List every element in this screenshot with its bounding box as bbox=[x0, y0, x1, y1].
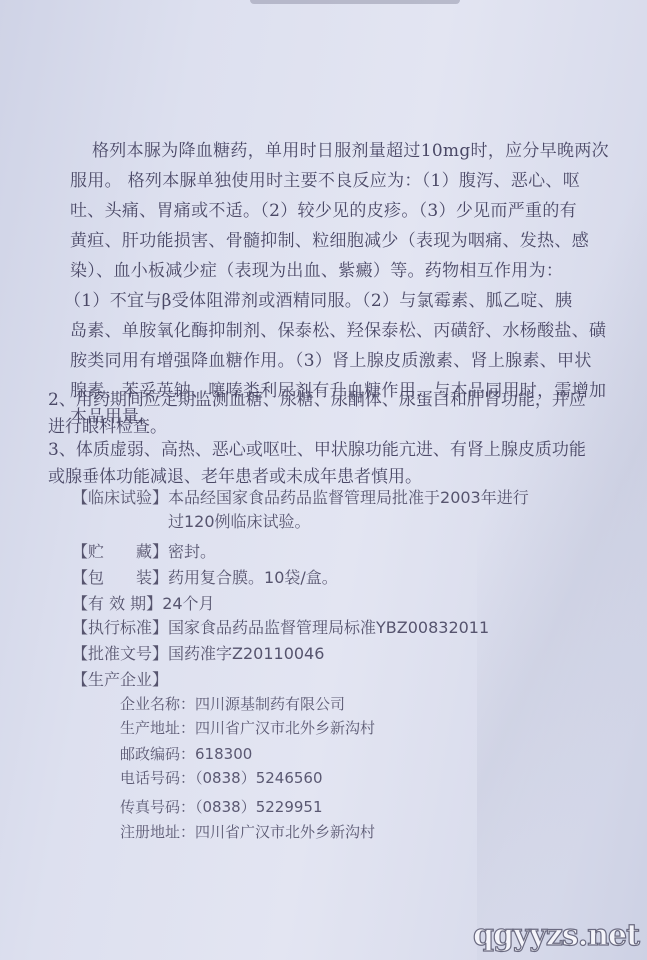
field-label: 【批准文号】 bbox=[72, 644, 168, 664]
company-production-address: 生产地址：四川省广汉市北外乡新沟村 bbox=[120, 718, 375, 738]
company-phone: 电话号码：（0838）5246560 bbox=[120, 768, 323, 788]
field-value: 本品经国家食品药品监督管理局批准于2003年进行 bbox=[168, 488, 529, 507]
field-label: 【贮 藏】 bbox=[72, 542, 168, 562]
field-label: 【临床试验】 bbox=[72, 488, 168, 508]
company-value: 四川省广汉市北外乡新沟村 bbox=[195, 823, 375, 841]
text-line: 2、用药期间应定期监测血糖、尿糖、尿酮体、尿蛋白和肝肾功能，并应 bbox=[48, 387, 586, 414]
text-line: 岛素、单胺氧化酶抑制剂、保泰松、羟保泰松、丙磺舒、水杨酸盐、磺 bbox=[70, 316, 609, 346]
company-label: 注册地址： bbox=[120, 823, 195, 841]
text-line: 染）、血小板减少症（表现为出血、紫癜）等。药物相互作用为： bbox=[70, 256, 609, 286]
company-value: （0838）5246560 bbox=[195, 769, 322, 787]
field-clinical-trial: 【临床试验】本品经国家食品药品监督管理局批准于2003年进行 bbox=[72, 488, 529, 508]
company-value: （0838）5229951 bbox=[195, 798, 322, 816]
field-storage: 【贮 藏】密封。 bbox=[72, 542, 216, 562]
field-standard: 【执行标准】国家食品药品监督管理局标准YBZ00832011 bbox=[72, 618, 489, 638]
note-monitoring: 2、用药期间应定期监测血糖、尿糖、尿酮体、尿蛋白和肝肾功能，并应 进行眼科检查。 bbox=[48, 387, 586, 441]
company-fax: 传真号码：（0838）5229951 bbox=[120, 797, 323, 817]
company-label: 生产地址： bbox=[120, 719, 195, 737]
text-line: 黄疸、肝功能损害、骨髓抑制、粒细胞减少（表现为咽痛、发热、感 bbox=[70, 226, 609, 256]
field-package: 【包 装】药用复合膜。10袋/盒。 bbox=[72, 568, 338, 588]
text-line: （1）不宜与β受体阻滞剂或酒精同服。（2）与氯霉素、胍乙啶、胰 bbox=[64, 286, 609, 316]
note-caution: 3、体质虚弱、高热、恶心或呕吐、甲状腺功能亢进、有肾上腺皮质功能 或腺垂体功能减… bbox=[48, 437, 586, 491]
field-label: 【包 装】 bbox=[72, 568, 168, 588]
field-value: 药用复合膜。10袋/盒。 bbox=[168, 568, 338, 587]
paper-edge-shadow bbox=[250, 0, 460, 4]
site-watermark: qgyyzs.net bbox=[473, 918, 639, 953]
field-clinical-trial-cont: 过120例临床试验。 bbox=[168, 512, 311, 532]
field-label: 【有 效 期】 bbox=[72, 594, 162, 614]
company-value: 四川源基制药有限公司 bbox=[195, 695, 345, 713]
adverse-reactions-paragraph: 格列本脲为降血糖药，单用时日服剂量超过10mg时，应分早晚两次 服用。 格列本脲… bbox=[70, 136, 609, 428]
field-validity: 【有 效 期】24个月 bbox=[72, 594, 215, 614]
company-value: 四川省广汉市北外乡新沟村 bbox=[195, 719, 375, 737]
field-value: 国家食品药品监督管理局标准YBZ00832011 bbox=[168, 618, 489, 637]
text-line: 或腺垂体功能减退、老年患者或未成年患者慎用。 bbox=[48, 464, 586, 491]
text-line: 格列本脲为降血糖药，单用时日服剂量超过10mg时，应分早晚两次 bbox=[70, 136, 609, 166]
company-name: 企业名称：四川源基制药有限公司 bbox=[120, 694, 345, 714]
text-line: 胺类同用有增强降血糖作用。（3）肾上腺皮质激素、肾上腺素、甲状 bbox=[70, 346, 609, 376]
company-value: 618300 bbox=[195, 745, 252, 763]
text-line: 3、体质虚弱、高热、恶心或呕吐、甲状腺功能亢进、有肾上腺皮质功能 bbox=[48, 437, 586, 464]
field-value: 密封。 bbox=[168, 542, 216, 561]
company-label: 企业名称： bbox=[120, 695, 195, 713]
company-registered-address: 注册地址：四川省广汉市北外乡新沟村 bbox=[120, 822, 375, 842]
field-value: 过120例临床试验。 bbox=[168, 512, 311, 531]
field-label: 【执行标准】 bbox=[72, 618, 168, 638]
field-approval-number: 【批准文号】国药准字Z20110046 bbox=[72, 644, 324, 664]
field-label: 【生产企业】 bbox=[72, 670, 168, 690]
company-label: 邮政编码： bbox=[120, 745, 195, 763]
field-value: 24个月 bbox=[162, 594, 214, 613]
company-postcode: 邮政编码：618300 bbox=[120, 744, 252, 764]
field-manufacturer: 【生产企业】 bbox=[72, 670, 168, 690]
text-line: 服用。 格列本脲单独使用时主要不良反应为：（1）腹泻、恶心、呕 bbox=[70, 166, 609, 196]
text-line: 吐、头痛、胃痛或不适。（2）较少见的皮疹。（3）少见而严重的有 bbox=[70, 196, 609, 226]
company-label: 传真号码： bbox=[120, 798, 195, 816]
field-value: 国药准字Z20110046 bbox=[168, 644, 324, 663]
company-label: 电话号码： bbox=[120, 769, 195, 787]
